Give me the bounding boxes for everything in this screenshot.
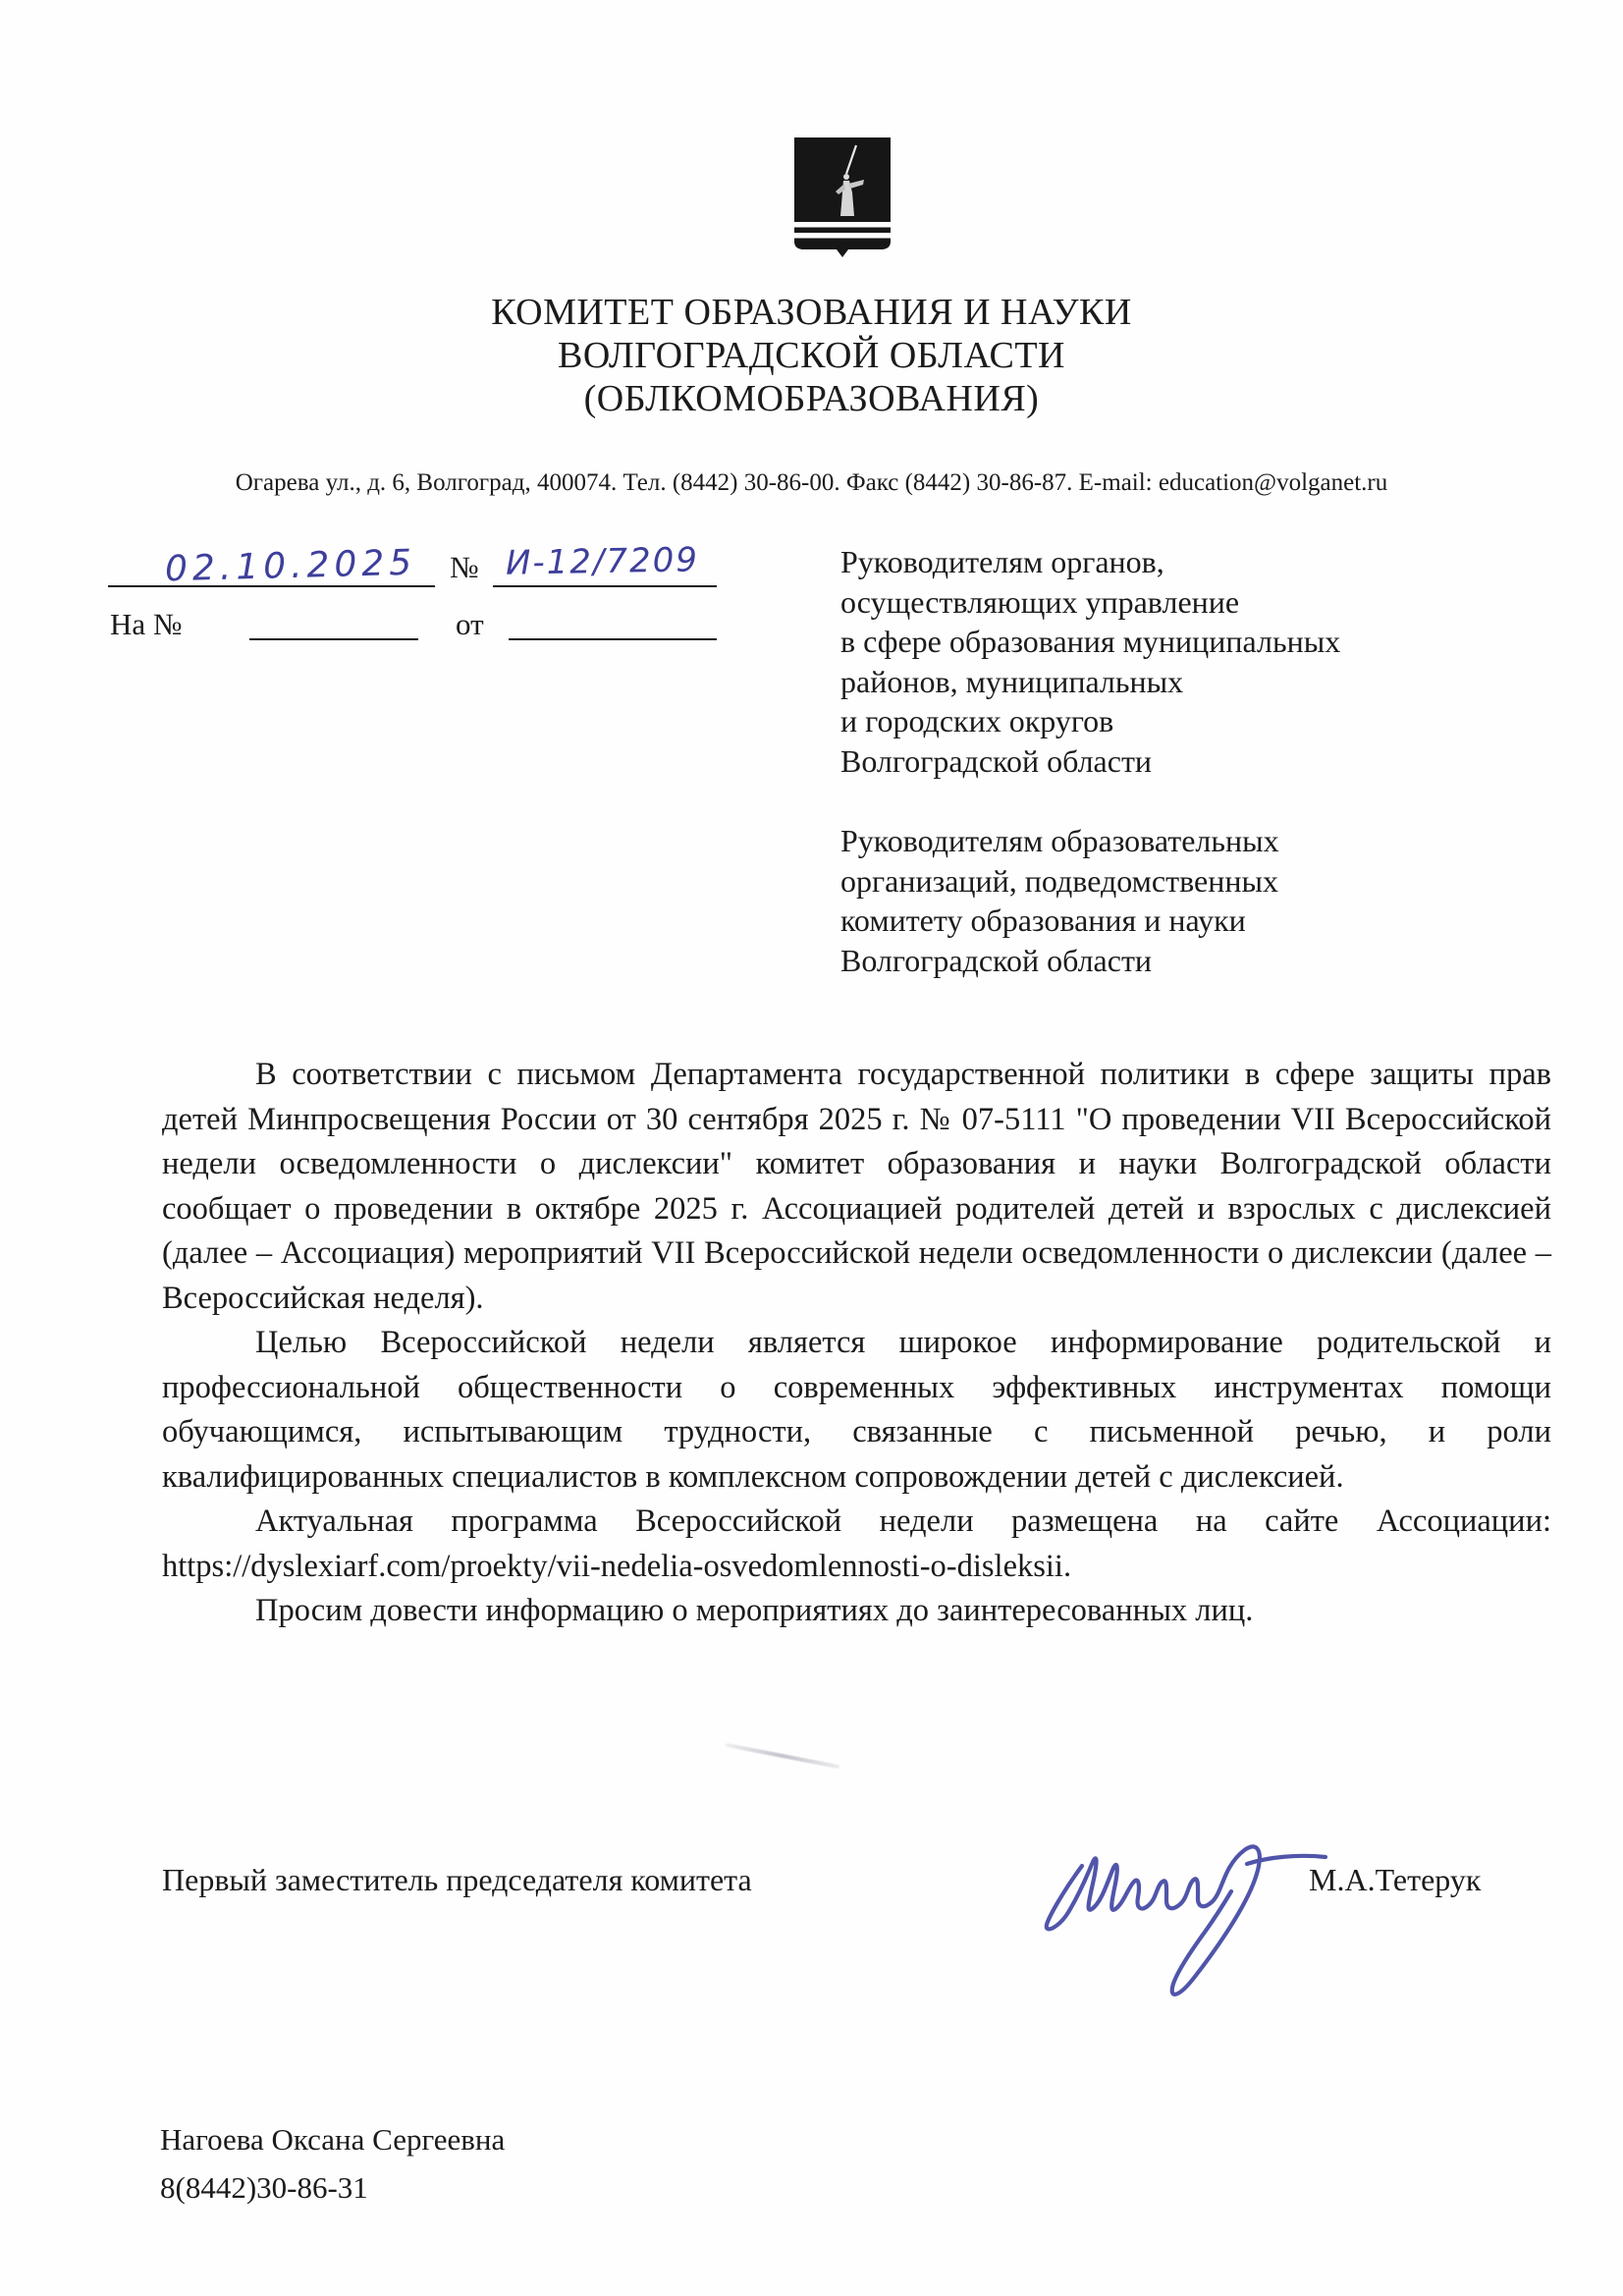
signer-position-title: Первый заместитель председателя комитета [162,1862,752,1898]
reply-number-underline [249,638,418,640]
recipient-line: Руководителям образовательных [840,821,1488,861]
recipient-line: и городских округов [840,701,1488,741]
org-title-line1: КОМИТЕТ ОБРАЗОВАНИЯ И НАУКИ [0,291,1623,334]
recipient-line: Волгоградской области [840,941,1488,981]
executor-name: Нагоева Оксана Сергеевна [160,2115,505,2163]
body-paragraph-4: Просим довести информацию о мероприятиях… [162,1589,1551,1634]
body-paragraph-3: Актуальная программа Всероссийской недел… [162,1500,1551,1589]
org-contact-line: Огарева ул., д. 6, Волгоград, 400074. Те… [0,469,1623,497]
recipient-line: осуществляющих управление [840,582,1488,623]
handwritten-signature-icon [1013,1803,1327,1999]
recipient-line: районов, муниципальных [840,662,1488,702]
reply-to-label: На № [110,607,182,642]
executor-contact: Нагоева Оксана Сергеевна 8(8442)30-86-31 [160,2115,505,2212]
recipient-block-subordinate-orgs: Руководителям образовательных организаци… [840,821,1488,980]
letter-date-handwritten: 02.10.2025 [165,543,417,590]
org-title: КОМИТЕТ ОБРАЗОВАНИЯ И НАУКИ ВОЛГОГРАДСКО… [0,291,1623,420]
letter-body: В соответствии с письмом Департамента го… [162,1053,1551,1634]
recipient-line: комитету образования и науки [840,901,1488,941]
recipient-line: Волгоградской области [840,741,1488,782]
recipient-line: в сфере образования муниципальных [840,622,1488,662]
number-label: № [450,550,479,585]
letter-number-handwritten: И-12/7209 [506,540,700,582]
coat-of-arms-icon [791,137,893,269]
letter-document: КОМИТЕТ ОБРАЗОВАНИЯ И НАУКИ ВОЛГОГРАДСКО… [0,0,1623,2296]
date-underline [108,585,435,587]
recipient-line: организаций, подведомственных [840,861,1488,902]
pen-smudge-artifact [726,1743,840,1769]
recipient-line: Руководителям органов, [840,542,1488,582]
number-underline [493,585,717,587]
reply-date-label: от [456,607,484,642]
reply-date-underline [509,638,717,640]
org-title-line3: (ОБЛКОМОБРАЗОВАНИЯ) [0,377,1623,420]
signer-name: М.А.Тетерук [1309,1862,1481,1898]
body-paragraph-1: В соответствии с письмом Департамента го… [162,1053,1551,1321]
org-title-line2: ВОЛГОГРАДСКОЙ ОБЛАСТИ [0,334,1623,377]
body-paragraph-2: Целью Всероссийской недели является широ… [162,1321,1551,1500]
executor-phone: 8(8442)30-86-31 [160,2163,505,2212]
recipient-block-municipal: Руководителям органов, осуществляющих уп… [840,542,1488,781]
